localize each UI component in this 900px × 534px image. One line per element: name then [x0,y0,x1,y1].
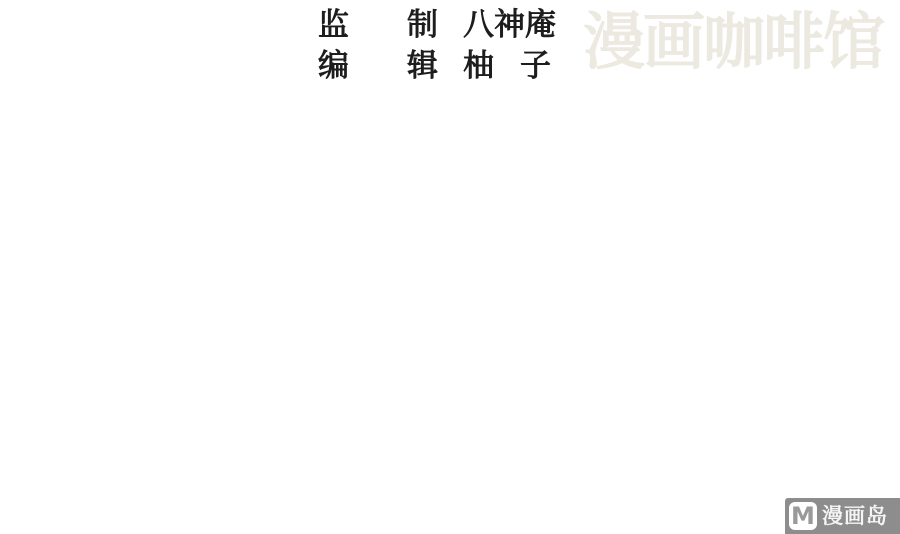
studio-watermark: 漫画咖啡馆 [583,12,883,74]
credits-line-editor: 编 辑 柚 子 [318,45,556,86]
producer-role-char-1: 监 [318,9,349,40]
credits-block: 监 制 八神庵 编 辑 柚 子 [318,4,556,86]
producer-name: 八神庵 [463,9,556,40]
credits-line-producer: 监 制 八神庵 [318,4,556,45]
editor-name-char-1: 柚 [463,50,494,81]
editor-role-char-2: 辑 [407,50,438,81]
comic-credits-page: 监 制 八神庵 编 辑 柚 子 漫画咖啡馆 M 漫画岛 [0,0,900,534]
site-watermark-name: 漫画岛 [822,506,888,527]
editor-role-char-1: 编 [318,50,349,81]
editor-name-char-2: 子 [520,50,551,81]
manhuadao-logo-icon: M [789,502,817,530]
producer-role-char-2: 制 [407,9,438,40]
site-watermark-bar: M 漫画岛 [785,498,900,534]
